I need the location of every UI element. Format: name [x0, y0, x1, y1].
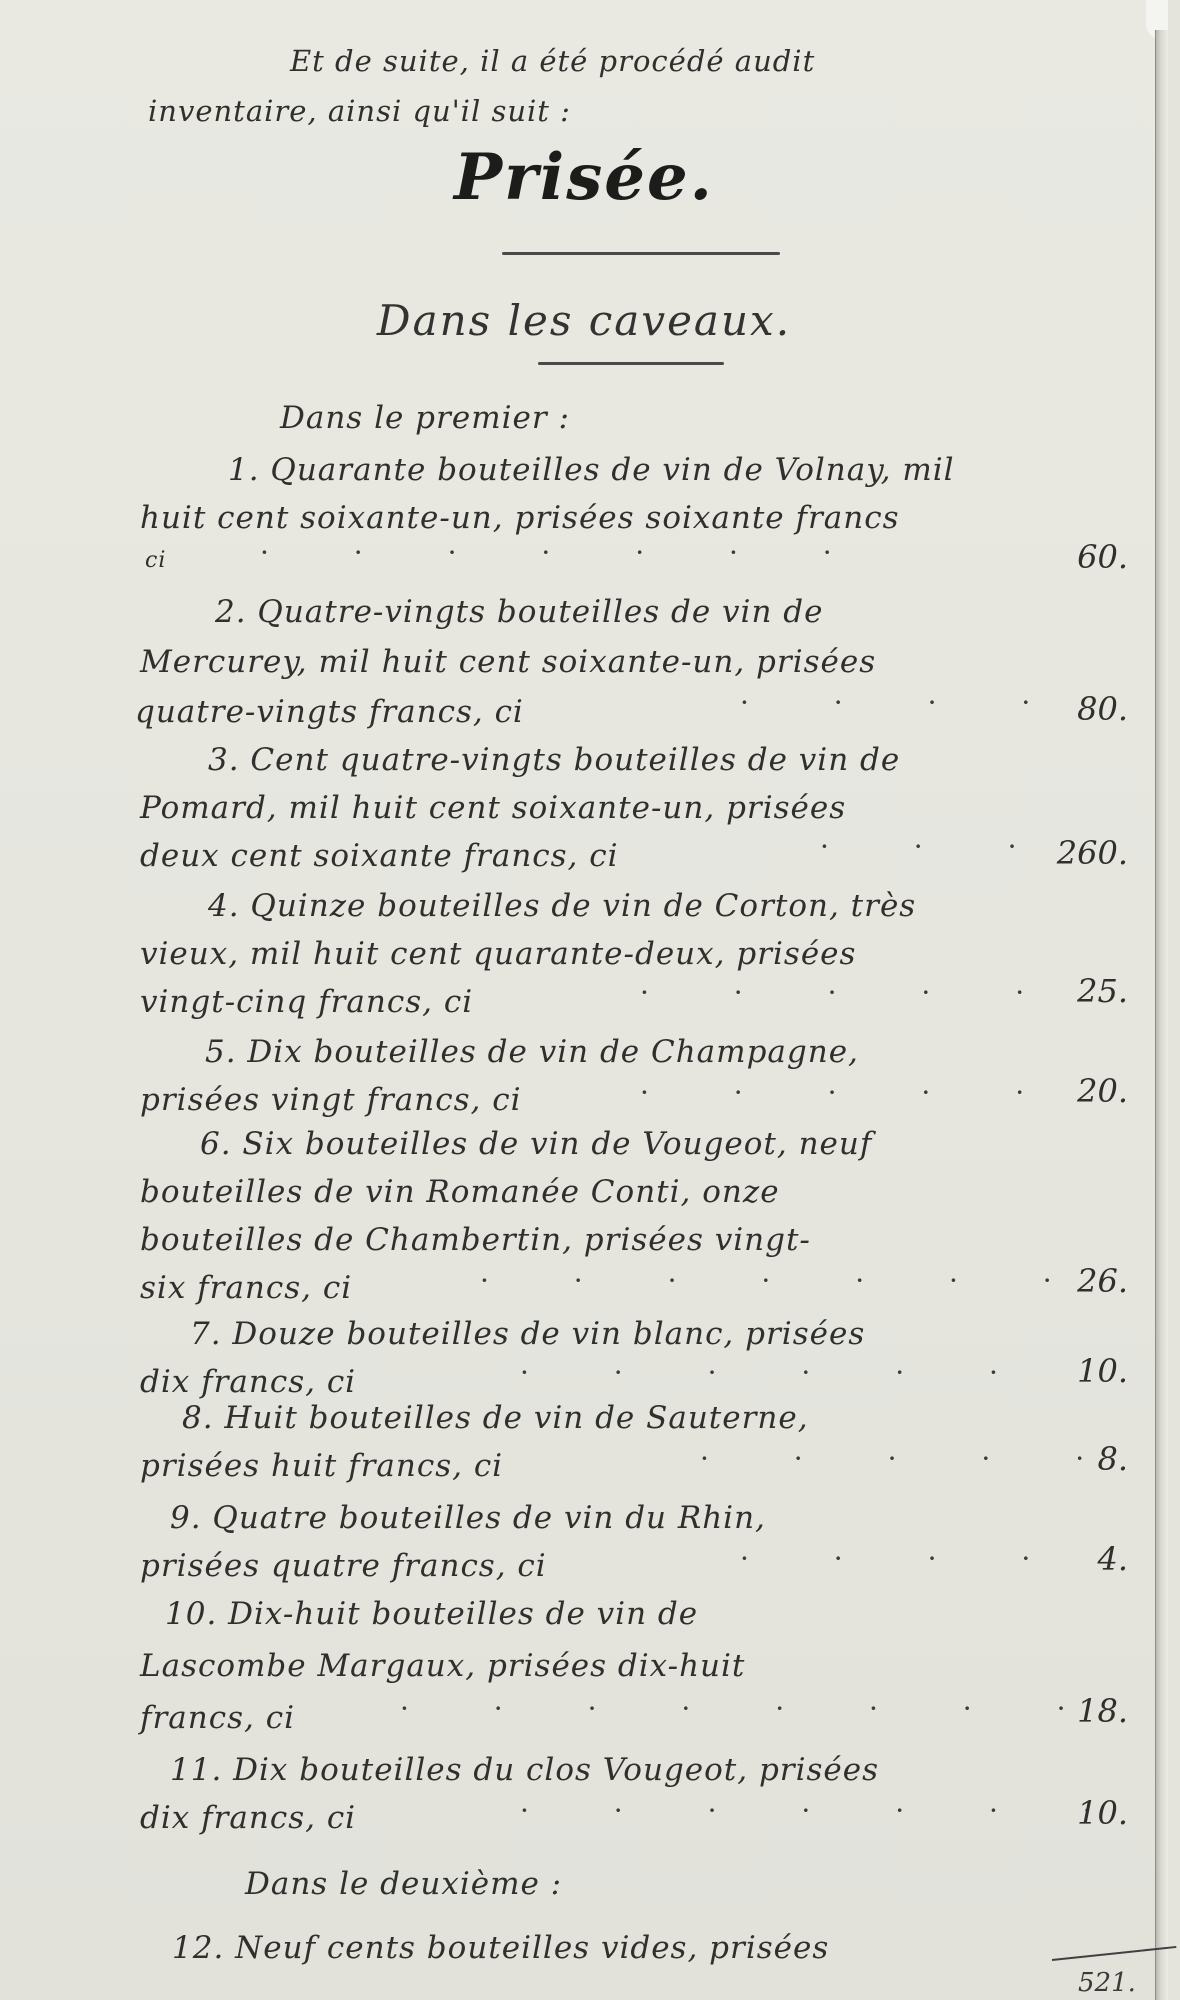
title-divider — [502, 252, 780, 255]
subsection-first: Dans le premier : — [280, 400, 570, 436]
leader-dots: · · · · — [740, 686, 1068, 719]
leader-dots: · · · — [820, 830, 1055, 863]
item-5-line-2: prisées vingt francs, ci — [140, 1082, 521, 1118]
item-9-line-2: prisées quatre francs, ci — [140, 1548, 547, 1584]
item-6-line-1: 6. Six bouteilles de vin de Vougeot, neu… — [200, 1126, 872, 1162]
item-2-line-1: 2. Quatre-vingts bouteilles de vin de — [215, 594, 823, 630]
item-3-amount: 260. — [1057, 834, 1128, 872]
leader-dots: · · · · · — [640, 976, 1062, 1009]
section-heading: Dans les caveaux. — [0, 296, 1168, 345]
item-11-line-1: 11. Dix bouteilles du clos Vougeot, pris… — [170, 1752, 879, 1788]
leader-dots: · · · · · · · — [480, 1264, 1090, 1297]
item-10-line-3: francs, ci — [140, 1700, 295, 1736]
item-4-line-2: vieux, mil huit cent quarante-deux, pris… — [140, 936, 856, 972]
item-8-line-2: prisées huit francs, ci — [140, 1448, 503, 1484]
item-9-amount: 4. — [1097, 1540, 1128, 1578]
item-6-line-3: bouteilles de Chambertin, prisées vingt- — [140, 1222, 811, 1258]
item-1-line-2: huit cent soixante-un, prisées soixante … — [140, 500, 900, 536]
leader-dots: · · · · — [740, 1542, 1068, 1575]
item-1-line-1: 1. Quarante bouteilles de vin de Volnay,… — [228, 452, 955, 488]
item-7-line-2: dix francs, ci — [140, 1364, 356, 1400]
intro-line-1: Et de suite, il a été procédé audit — [290, 44, 815, 78]
item-7-amount: 10. — [1077, 1352, 1128, 1390]
item-6-line-2: bouteilles de vin Romanée Conti, onze — [140, 1174, 780, 1210]
page-total: 521. — [1078, 1968, 1136, 1998]
item-4-line-3: vingt-cinq francs, ci — [140, 984, 473, 1020]
intro-line-2: inventaire, ainsi qu'il suit : — [148, 94, 571, 128]
item-8-line-1: 8. Huit bouteilles de vin de Sauterne, — [182, 1400, 809, 1436]
item-11-amount: 10. — [1077, 1794, 1128, 1832]
item-7-line-1: 7. Douze bouteilles de vin blanc, prisée… — [190, 1316, 865, 1352]
item-3-line-3: deux cent soixante francs, ci — [140, 838, 619, 874]
manuscript-page: Et de suite, il a été procédé audit inve… — [0, 0, 1168, 2000]
leader-dots: · · · · · — [640, 1076, 1062, 1109]
item-10-line-1: 10. Dix-huit bouteilles de vin de — [165, 1596, 698, 1632]
item-2-amount: 80. — [1077, 690, 1128, 728]
leader-dots: · · · · · — [700, 1442, 1122, 1475]
item-10-line-2: Lascombe Margaux, prisées dix-huit — [140, 1648, 745, 1684]
item-6-amount: 26. — [1077, 1262, 1128, 1300]
leader-dots: · · · · · · · — [260, 536, 870, 569]
leader-dots: · · · · · · — [520, 1356, 1036, 1389]
item-5-line-1: 5. Dix bouteilles de vin de Champagne, — [205, 1034, 859, 1070]
item-1-line-3: ci — [145, 548, 166, 573]
item-6-line-4: six francs, ci — [140, 1270, 352, 1306]
item-12-line-1: 12. Neuf cents bouteilles vides, prisées — [172, 1930, 829, 1966]
item-4-amount: 25. — [1077, 972, 1128, 1010]
leader-dots: · · · · · · · — [520, 1794, 1130, 1827]
item-3-line-2: Pomard, mil huit cent soixante-un, prisé… — [140, 790, 846, 826]
item-2-line-2: Mercurey, mil huit cent soixante-un, pri… — [140, 644, 876, 680]
item-1-amount: 60. — [1077, 538, 1128, 576]
item-9-line-1: 9. Quatre bouteilles de vin du Rhin, — [170, 1500, 766, 1536]
item-8-amount: 8. — [1097, 1440, 1128, 1478]
leader-dots: · · · · · · · · — [400, 1692, 1104, 1725]
item-10-amount: 18. — [1077, 1692, 1128, 1730]
item-11-line-2: dix francs, ci — [140, 1800, 356, 1836]
section-divider — [538, 362, 724, 365]
item-5-amount: 20. — [1077, 1072, 1128, 1110]
item-3-line-1: 3. Cent quatre-vingts bouteilles de vin … — [208, 742, 900, 778]
subsection-second: Dans le deuxième : — [245, 1866, 562, 1902]
item-2-line-3: quatre-vingts francs, ci — [135, 694, 524, 730]
page-title: Prisée. — [0, 140, 1168, 215]
item-4-line-1: 4. Quinze bouteilles de vin de Corton, t… — [208, 888, 916, 924]
